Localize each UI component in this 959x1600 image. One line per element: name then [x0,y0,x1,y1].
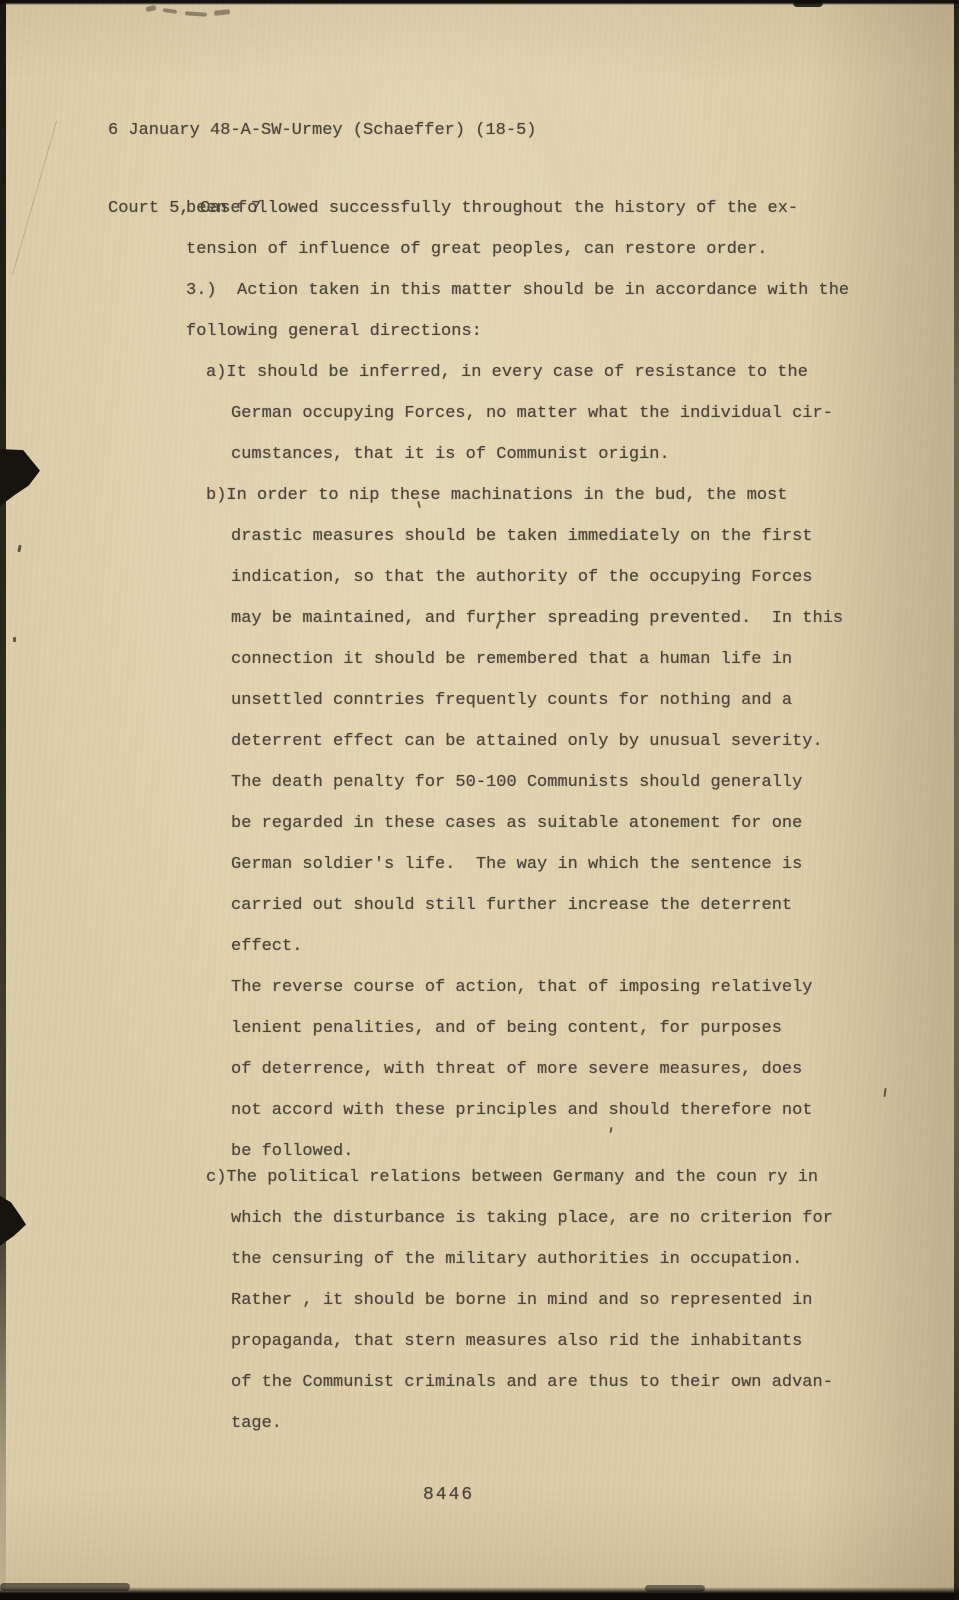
text-line: connection it should be remembered that … [231,650,849,691]
scan-edge-bottom-left [0,1583,130,1591]
text-line: unsettled conntries frequently counts fo… [231,691,849,732]
scan-edge-bottom [0,1587,959,1600]
text-line: German soldier's life. The way in which … [231,855,849,896]
text-line: effect. [231,937,849,978]
text-line: following general directions: [186,322,849,363]
document-body: been followed successfully throughout th… [186,199,849,1455]
binding-mark-upper [0,449,40,506]
text-line: drastic measures should be taken immedia… [231,527,849,568]
text-line: cumstances, that it is of Communist orig… [231,445,849,486]
text-line: tension of influence of great peoples, c… [186,240,849,281]
scan-edge-right [954,0,959,1600]
text-line: 3.) Action taken in this matter should b… [186,281,849,322]
text-line: lenient penalities, and of being content… [231,1019,849,1060]
text-line: deterrent effect can be attained only by… [231,732,849,773]
text-line: Rather , it should be borne in mind and … [231,1291,849,1332]
text-line: tage. [231,1414,849,1455]
text-line: the censuring of the military authoritie… [231,1250,849,1291]
top-smudge [146,5,157,12]
ink-speck [17,545,21,552]
text-line: which the disturbance is taking place, a… [231,1209,849,1250]
scan-edge-top-mark [793,0,823,7]
scan-edge-bottom-bump [645,1585,705,1592]
text-line: be followed. [231,1142,849,1168]
text-line: The reverse course of action, that of im… [231,978,849,1019]
text-line: b)In order to nip these machinations in … [206,486,849,527]
text-line: a)It should be inferred, in every case o… [206,363,849,404]
text-line: be regarded in these cases as suitable a… [231,814,849,855]
text-line: German occupying Forces, no matter what … [231,404,849,445]
page-number: 8446 [423,1485,474,1505]
text-line: may be maintained, and further spreading… [231,609,849,650]
header-case-reference: 6 January 48-A-SW-Urmey (Schaeffer) (18-… [108,118,536,144]
text-line: of deterrence, with threat of more sever… [231,1060,849,1101]
scanned-document-page: 6 January 48-A-SW-Urmey (Schaeffer) (18-… [0,0,959,1600]
top-smudge [214,9,230,16]
text-line: indication, so that the authority of the… [231,568,849,609]
text-line: The death penalty for 50-100 Communists … [231,773,849,814]
text-line: not accord with these principles and sho… [231,1101,849,1142]
paper-crease [12,121,57,275]
binding-mark-lower [0,1196,26,1248]
top-smudge [185,11,207,17]
scan-edge-left [0,0,6,1600]
text-line: carried out should still further increas… [231,896,849,937]
text-line: of the Communist criminals and are thus … [231,1373,849,1414]
ink-speck [883,1088,886,1097]
top-smudge [163,8,177,14]
text-line: propaganda, that stern measures also rid… [231,1332,849,1373]
text-line: been followed successfully throughout th… [186,199,849,240]
ink-speck [13,637,16,642]
text-line: c)The political relations between German… [206,1168,849,1209]
